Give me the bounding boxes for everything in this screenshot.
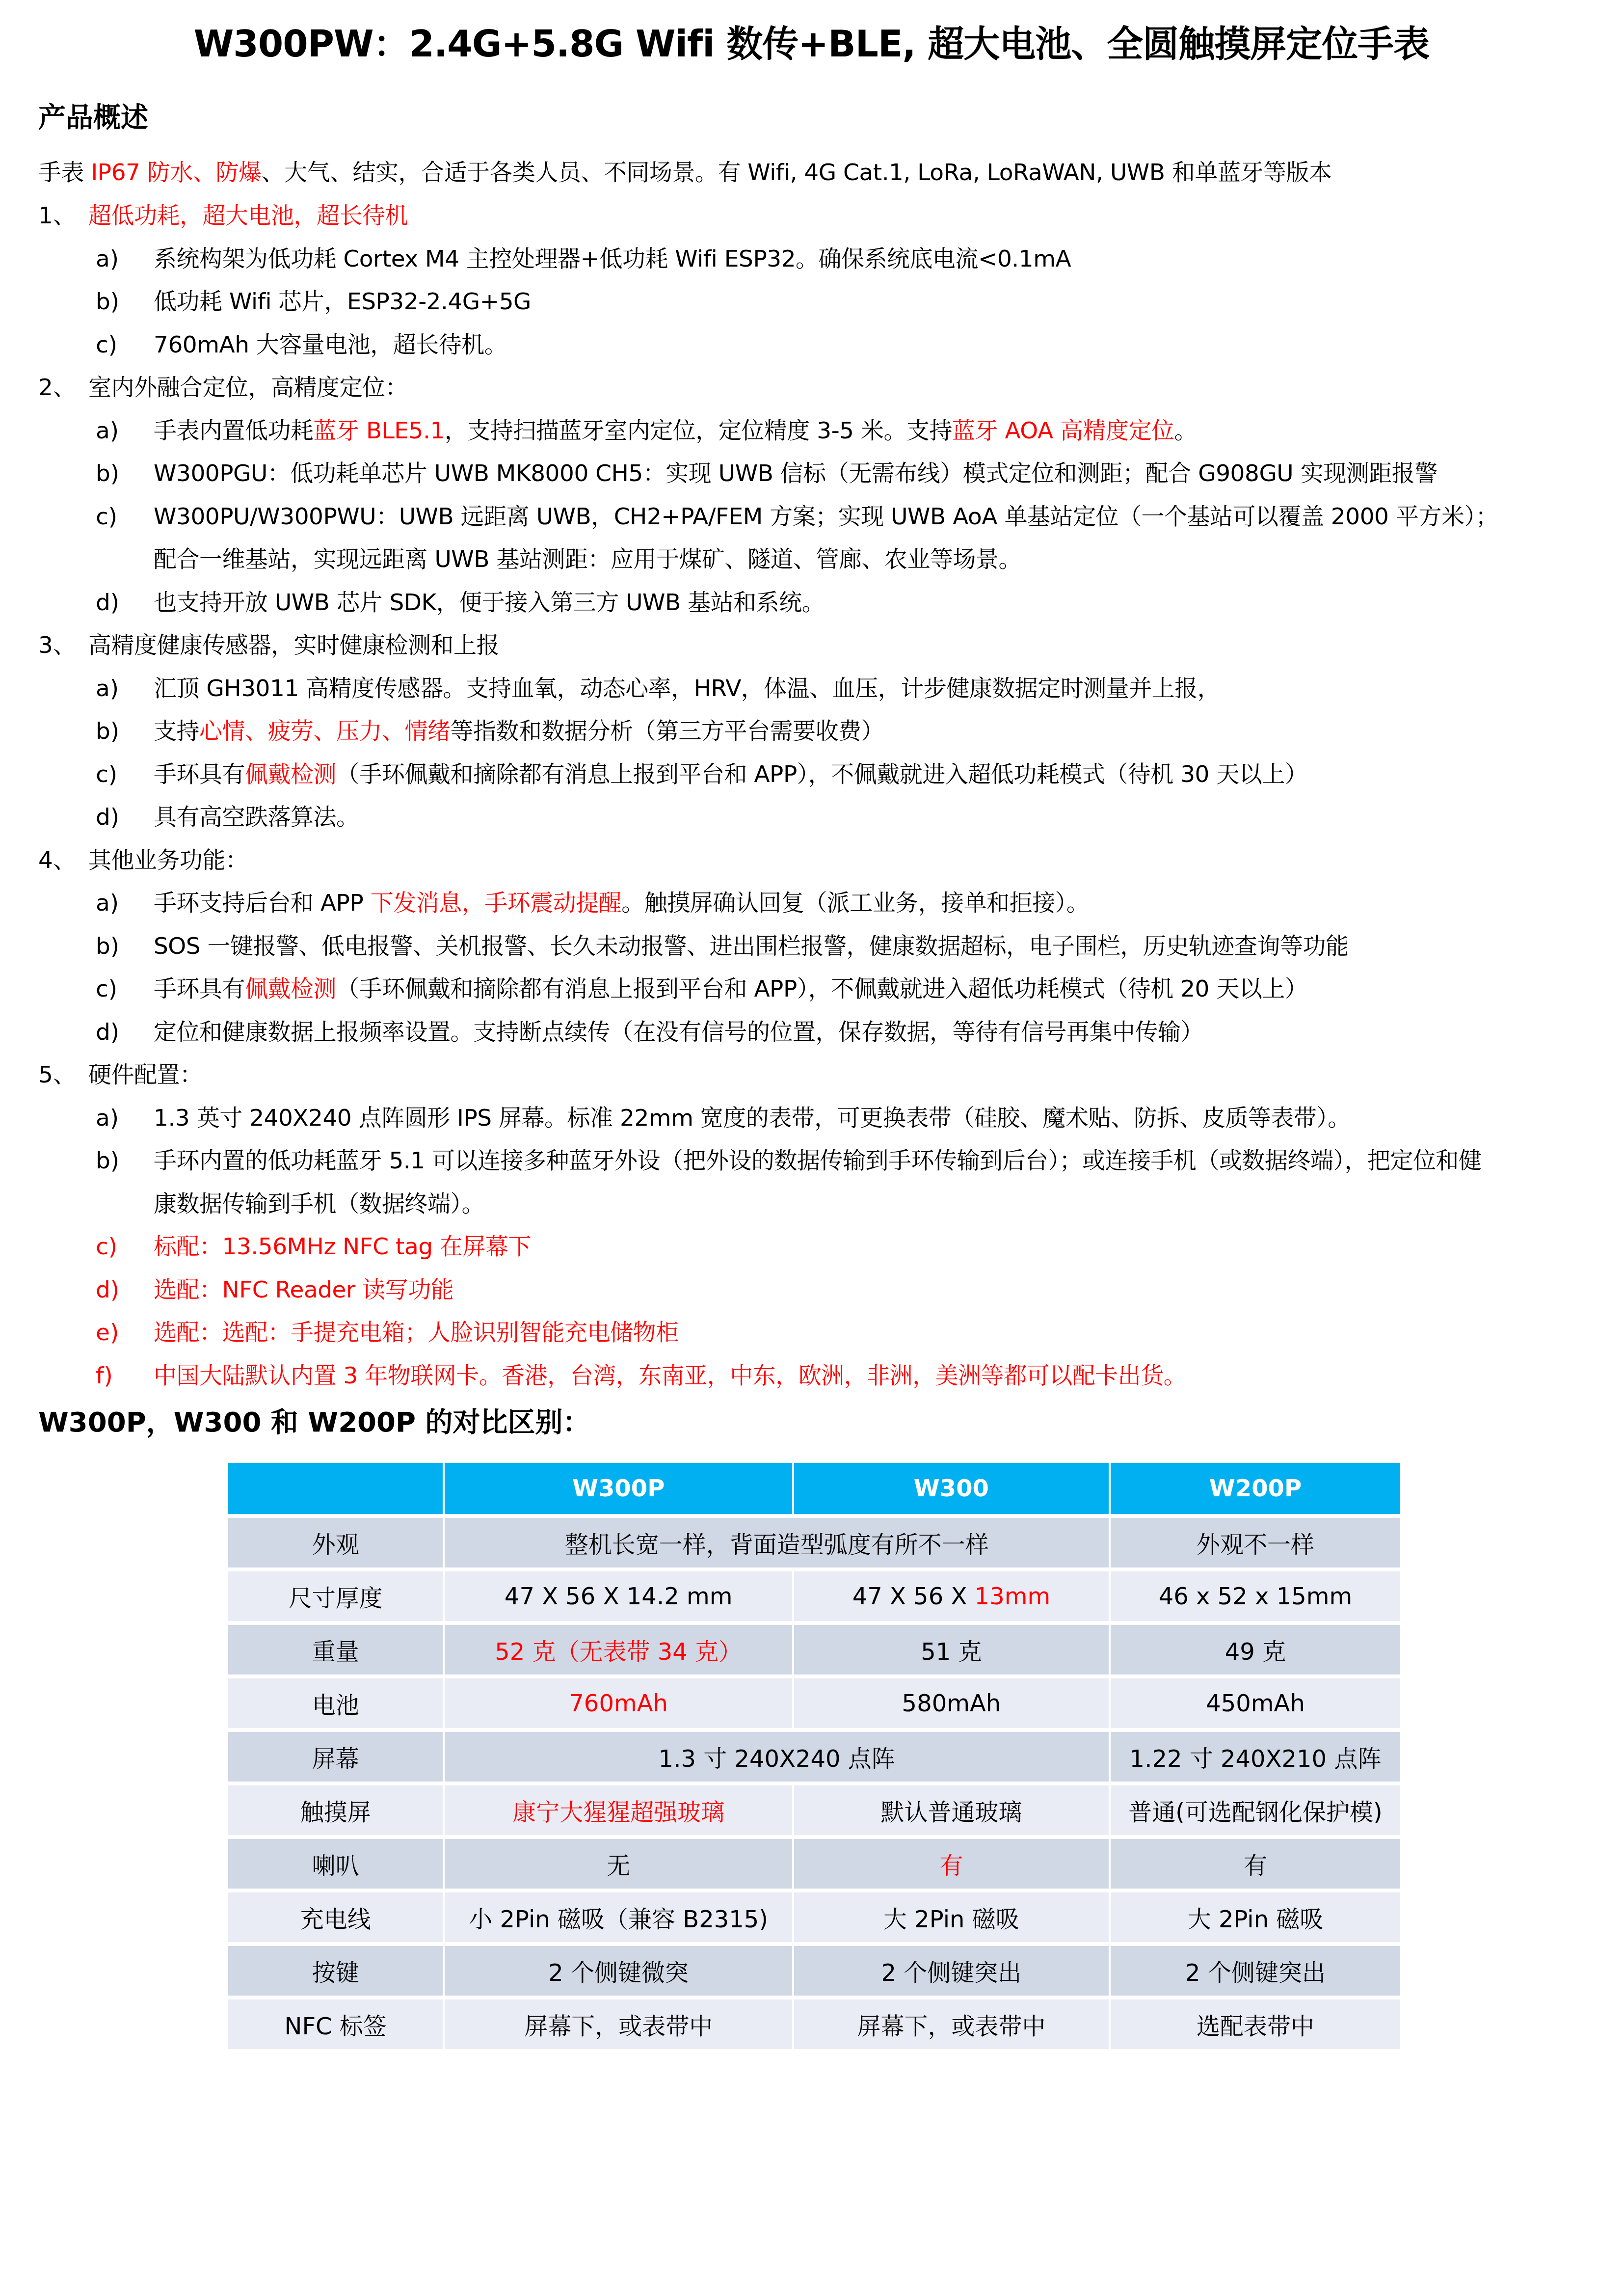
- text-run: SOS 一键报警、低电报警、关机报警、长久未动报警、进出围栏报警，健康数据超标，…: [154, 933, 1349, 960]
- item-text: 1.3 英寸 240X240 点阵圆形 IPS 屏幕。标准 22mm 宽度的表带…: [154, 1099, 1351, 1138]
- text-run: 高精度健康传感器，实时健康检测和上报: [88, 632, 499, 659]
- text-run: 等指数和数据分析（第三方平台需要收费）: [451, 718, 884, 745]
- table-row: 重量52 克（无表带 34 克）51 克49 克: [228, 1625, 1400, 1675]
- item-text: 中国大陆默认内置 3 年物联网卡。香港，台湾，东南亚，中东，欧洲，非洲，美洲等都…: [154, 1356, 1186, 1396]
- table-cell: 大 2Pin 磁吸: [1111, 1892, 1400, 1942]
- table-row: 外观整机长宽一样，背面造型弧度有所不一样外观不一样: [228, 1518, 1400, 1567]
- text-run: 47 X 56 X: [852, 1583, 975, 1610]
- item-text: W300PU/W300PWU：UWB 远距离 UWB，CH2+PA/FEM 方案…: [154, 497, 1498, 537]
- table-cell: 普通(可选配钢化保护模): [1111, 1785, 1400, 1835]
- text-run: W300PGU：低功耗单芯片 UWB MK8000 CH5：实现 UWB 信标（…: [154, 460, 1437, 487]
- item-label: a): [96, 669, 119, 708]
- text-run: 手表内置低功耗: [154, 417, 314, 444]
- table-cell: 选配表带中: [1111, 1999, 1400, 2049]
- item-label: b): [96, 1141, 119, 1181]
- item-text: 康数据传输到手机（数据终端）。: [154, 1185, 484, 1224]
- document-title: W300PW：2.4G+5.8G Wifi 数传+BLE, 超大电池、全圆触摸屏…: [0, 20, 1623, 69]
- item-label: a): [96, 1099, 119, 1138]
- row-label: 按键: [228, 1946, 443, 1996]
- header-cell-w300: W300: [794, 1463, 1109, 1514]
- table-cell: 1.3 寸 240X240 点阵: [445, 1732, 1109, 1782]
- text-run: 配合一维基站，实现远距离 UWB 基站测距：应用于煤矿、隧道、管廊、农业等场景。: [154, 546, 1021, 573]
- header-cell-w200p: W200P: [1111, 1463, 1400, 1514]
- table-row: 屏幕1.3 寸 240X240 点阵1.22 寸 240X210 点阵: [228, 1732, 1400, 1782]
- highlight-text: 蓝牙 AOA 高精度定位: [952, 417, 1174, 444]
- table-row: 按键2 个侧键微突2 个侧键突出2 个侧键突出: [228, 1946, 1400, 1996]
- highlight-text: 选配：选配：手提充电箱；人脸识别智能充电储物柜: [154, 1319, 679, 1346]
- highlight-text: 标配：13.56MHz NFC tag 在屏幕下: [154, 1233, 531, 1260]
- comparison-heading: W300P，W300 和 W200P 的对比区别：: [38, 1403, 590, 1442]
- table-cell: 无: [445, 1839, 792, 1889]
- item-text: 选配：选配：手提充电箱；人脸识别智能充电储物柜: [154, 1313, 679, 1352]
- item-text: 系统构架为低功耗 Cortex M4 主控处理器+低功耗 Wifi ESP32。…: [154, 240, 1071, 279]
- section-number: 4、: [38, 841, 76, 880]
- text-run: W300PU/W300PWU：UWB 远距离 UWB，CH2+PA/FEM 方案…: [154, 503, 1498, 530]
- table-cell: 整机长宽一样，背面造型弧度有所不一样: [445, 1518, 1109, 1567]
- item-text: W300PGU：低功耗单芯片 UWB MK8000 CH5：实现 UWB 信标（…: [154, 454, 1437, 493]
- item-label: c): [96, 970, 117, 1009]
- text-run: （手环佩戴和摘除都有消息上报到平台和 APP），不佩戴就进入超低功耗模式（待机 …: [336, 975, 1307, 1002]
- item-label: e): [96, 1313, 119, 1352]
- highlight-text: 佩戴检测: [245, 975, 336, 1002]
- item-label: c): [96, 755, 117, 794]
- highlight-text: IP67 防水、防爆: [91, 159, 261, 186]
- table-row: 电池760mAh580mAh450mAh: [228, 1678, 1400, 1728]
- row-label: 外观: [228, 1518, 443, 1567]
- header-cell-w300p: W300P: [445, 1463, 792, 1514]
- section-title: 其他业务功能：: [88, 841, 248, 880]
- item-text: 选配：NFC Reader 读写功能: [154, 1270, 453, 1310]
- item-label: b): [96, 712, 119, 751]
- item-text: 也支持开放 UWB 芯片 SDK，便于接入第三方 UWB 基站和系统。: [154, 583, 825, 622]
- text-run: 1.3 英寸 240X240 点阵圆形 IPS 屏幕。标准 22mm 宽度的表带…: [154, 1105, 1351, 1132]
- item-text: 手环内置的低功耗蓝牙 5.1 可以连接多种蓝牙外设（把外设的数据传输到手环传输到…: [154, 1141, 1482, 1181]
- table-cell: 1.22 寸 240X210 点阵: [1111, 1732, 1400, 1782]
- text-run: 低功耗 Wifi 芯片，ESP32-2.4G+5G: [154, 288, 531, 315]
- item-text: 手环支持后台和 APP 下发消息，手环震动提醒。触摸屏确认回复（派工业务，接单和…: [154, 884, 1089, 923]
- row-label: 屏幕: [228, 1732, 443, 1782]
- table-cell: 580mAh: [794, 1678, 1109, 1728]
- comparison-table: W300P W300 W200P 外观整机长宽一样，背面造型弧度有所不一样外观不…: [226, 1459, 1402, 2053]
- section-title: 室内外融合定位，高精度定位：: [88, 368, 408, 407]
- table-row: 充电线小 2Pin 磁吸（兼容 B2315)大 2Pin 磁吸大 2Pin 磁吸: [228, 1892, 1400, 1942]
- section-title: 超低功耗，超大电池，超长待机: [88, 196, 408, 236]
- comparison-header-row: W300P W300 W200P: [228, 1463, 1400, 1514]
- table-row: NFC 标签屏幕下，或表带中屏幕下，或表带中选配表带中: [228, 1999, 1400, 2049]
- section-number: 2、: [38, 368, 76, 407]
- row-label: 触摸屏: [228, 1785, 443, 1835]
- text-run: （手环佩戴和摘除都有消息上报到平台和 APP），不佩戴就进入超低功耗模式（待机 …: [336, 761, 1307, 788]
- overview-intro: 手表 IP67 防水、防爆、大气、结实，合适于各类人员、不同场景。有 Wifi,…: [38, 153, 1331, 192]
- highlight-text: 13mm: [975, 1583, 1051, 1610]
- highlight-text: 心情、疲劳、压力、情绪: [199, 718, 451, 745]
- table-cell: 2 个侧键突出: [794, 1946, 1109, 1996]
- item-label: a): [96, 411, 119, 451]
- item-text: SOS 一键报警、低电报警、关机报警、长久未动报警、进出围栏报警，健康数据超标，…: [154, 927, 1349, 966]
- section-title: 高精度健康传感器，实时健康检测和上报: [88, 626, 499, 665]
- table-cell: 外观不一样: [1111, 1518, 1400, 1567]
- section-number: 5、: [38, 1055, 76, 1095]
- item-label: d): [96, 1270, 119, 1310]
- text-run: 硬件配置：: [88, 1061, 203, 1088]
- table-row: 尺寸厚度47 X 56 X 14.2 mm47 X 56 X 13mm46 x …: [228, 1571, 1400, 1621]
- table-cell: 康宁大猩猩超强玻璃: [445, 1785, 792, 1835]
- text-run: 手环具有: [154, 975, 245, 1002]
- text-run: 定位和健康数据上报频率设置。支持断点续传（在没有信号的位置，保存数据，等待有信号…: [154, 1019, 1203, 1046]
- table-cell: 有: [1111, 1839, 1400, 1889]
- item-label: b): [96, 927, 119, 966]
- item-label: b): [96, 282, 119, 322]
- item-label: a): [96, 884, 119, 923]
- table-row: 触摸屏康宁大猩猩超强玻璃默认普通玻璃普通(可选配钢化保护模): [228, 1785, 1400, 1835]
- highlight-text: 蓝牙 BLE5.1: [314, 417, 445, 444]
- header-cell-empty: [228, 1463, 443, 1514]
- item-text: 手表内置低功耗蓝牙 BLE5.1，支持扫描蓝牙室内定位，定位精度 3-5 米。支…: [154, 411, 1197, 451]
- item-text: 手环具有佩戴检测（手环佩戴和摘除都有消息上报到平台和 APP），不佩戴就进入超低…: [154, 755, 1307, 794]
- row-label: NFC 标签: [228, 1999, 443, 2049]
- highlight-text: 中国大陆默认内置 3 年物联网卡。香港，台湾，东南亚，中东，欧洲，非洲，美洲等都…: [154, 1362, 1186, 1389]
- item-text: 具有高空跌落算法。: [154, 798, 359, 837]
- item-text: 定位和健康数据上报频率设置。支持断点续传（在没有信号的位置，保存数据，等待有信号…: [154, 1013, 1203, 1052]
- text-run: 。触摸屏确认回复（派工业务，接单和拒接）。: [621, 890, 1089, 917]
- table-cell: 屏幕下，或表带中: [445, 1999, 792, 2049]
- highlight-text: 超低功耗，超大电池，超长待机: [88, 202, 408, 229]
- table-cell: 屏幕下，或表带中: [794, 1999, 1109, 2049]
- section-number: 1、: [38, 196, 76, 236]
- table-cell: 47 X 56 X 13mm: [794, 1571, 1109, 1621]
- item-label: d): [96, 798, 119, 837]
- text-run: 手表: [38, 159, 91, 186]
- item-label: d): [96, 1013, 119, 1052]
- item-label: f): [96, 1356, 113, 1396]
- item-label: c): [96, 497, 117, 537]
- highlight-text: 佩戴检测: [245, 761, 336, 788]
- table-cell: 49 克: [1111, 1625, 1400, 1675]
- row-label: 重量: [228, 1625, 443, 1675]
- section-number: 3、: [38, 626, 76, 665]
- text-run: ，支持扫描蓝牙室内定位，定位精度 3-5 米。支持: [445, 417, 952, 444]
- table-cell: 46 x 52 x 15mm: [1111, 1571, 1400, 1621]
- item-label: c): [96, 325, 117, 365]
- item-text: 支持心情、疲劳、压力、情绪等指数和数据分析（第三方平台需要收费）: [154, 712, 884, 751]
- table-cell: 760mAh: [445, 1678, 792, 1728]
- table-cell: 51 克: [794, 1625, 1109, 1675]
- text-run: 手环内置的低功耗蓝牙 5.1 可以连接多种蓝牙外设（把外设的数据传输到手环传输到…: [154, 1147, 1482, 1174]
- highlight-text: 选配：NFC Reader 读写功能: [154, 1276, 453, 1303]
- row-label: 尺寸厚度: [228, 1571, 443, 1621]
- text-run: 康数据传输到手机（数据终端）。: [154, 1190, 484, 1217]
- item-text: 配合一维基站，实现远距离 UWB 基站测距：应用于煤矿、隧道、管廊、农业等场景。: [154, 540, 1021, 579]
- item-label: d): [96, 583, 119, 622]
- text-run: 具有高空跌落算法。: [154, 804, 359, 831]
- item-text: 汇顶 GH3011 高精度传感器。支持血氧，动态心率，HRV，体温、血压，计步健…: [154, 669, 1220, 708]
- table-cell: 大 2Pin 磁吸: [794, 1892, 1109, 1942]
- text-run: 、大气、结实，合适于各类人员、不同场景。有 Wifi, 4G Cat.1, Lo…: [261, 159, 1331, 186]
- table-cell: 2 个侧键微突: [445, 1946, 792, 1996]
- table-cell: 52 克（无表带 34 克）: [445, 1625, 792, 1675]
- text-run: 手环支持后台和 APP: [154, 890, 371, 917]
- overview-heading: 产品概述: [38, 98, 148, 137]
- text-run: 汇顶 GH3011 高精度传感器。支持血氧，动态心率，HRV，体温、血压，计步健…: [154, 675, 1220, 702]
- item-label: c): [96, 1227, 117, 1267]
- table-cell: 47 X 56 X 14.2 mm: [445, 1571, 792, 1621]
- item-text: 低功耗 Wifi 芯片，ESP32-2.4G+5G: [154, 282, 531, 322]
- text-run: 其他业务功能：: [88, 847, 248, 874]
- table-cell: 小 2Pin 磁吸（兼容 B2315): [445, 1892, 792, 1942]
- text-run: 系统构架为低功耗 Cortex M4 主控处理器+低功耗 Wifi ESP32。…: [154, 245, 1071, 272]
- row-label: 喇叭: [228, 1839, 443, 1889]
- text-run: 支持: [154, 718, 199, 745]
- text-run: 室内外融合定位，高精度定位：: [88, 374, 408, 401]
- highlight-text: 下发消息，手环震动提醒: [371, 890, 622, 917]
- text-run: 手环具有: [154, 761, 245, 788]
- item-label: b): [96, 454, 119, 493]
- table-cell: 默认普通玻璃: [794, 1785, 1109, 1835]
- text-run: 也支持开放 UWB 芯片 SDK，便于接入第三方 UWB 基站和系统。: [154, 589, 825, 616]
- table-row: 喇叭无有有: [228, 1839, 1400, 1889]
- table-cell: 2 个侧键突出: [1111, 1946, 1400, 1996]
- text-run: 。: [1174, 417, 1197, 444]
- table-cell: 有: [794, 1839, 1109, 1889]
- item-label: a): [96, 240, 119, 279]
- row-label: 电池: [228, 1678, 443, 1728]
- text-run: 760mAh 大容量电池，超长待机。: [154, 331, 507, 358]
- item-text: 760mAh 大容量电池，超长待机。: [154, 325, 507, 365]
- item-text: 标配：13.56MHz NFC tag 在屏幕下: [154, 1227, 531, 1267]
- section-title: 硬件配置：: [88, 1055, 203, 1095]
- table-cell: 450mAh: [1111, 1678, 1400, 1728]
- row-label: 充电线: [228, 1892, 443, 1942]
- item-text: 手环具有佩戴检测（手环佩戴和摘除都有消息上报到平台和 APP），不佩戴就进入超低…: [154, 970, 1307, 1009]
- comparison-body: 外观整机长宽一样，背面造型弧度有所不一样外观不一样尺寸厚度47 X 56 X 1…: [228, 1518, 1400, 2049]
